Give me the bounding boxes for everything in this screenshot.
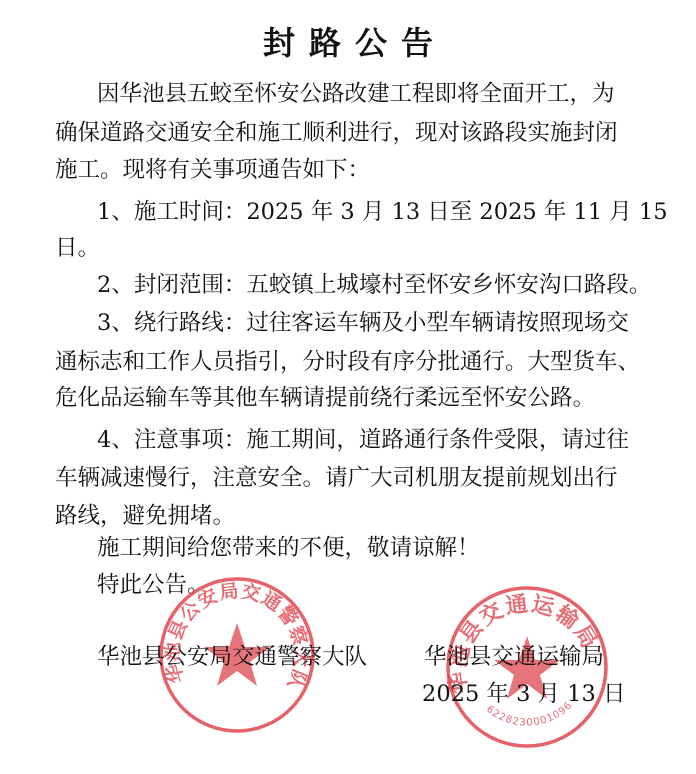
document-title: 封路公告 [0, 18, 696, 64]
paragraph-1-line-3: 施工。现将有关事项通告如下： [55, 155, 607, 185]
item-2-line-1: 2、封闭范围：五蛟镇上城壕村至怀安乡怀安沟口路段。 [97, 270, 607, 300]
item-1-line-1: 1、施工时间：2025 年 3 月 13 日至 2025 年 11 月 15 [97, 197, 607, 227]
item-1-line-2: 日。 [55, 233, 607, 263]
issuer-traffic-police: 华池县公安局交通警察大队 [97, 642, 367, 672]
item-3-line-1: 3、绕行路线：过往客运车辆及小型车辆请按照现场交 [97, 308, 607, 338]
item-4-line-3: 路线，避免拥堵。 [55, 501, 607, 531]
item-4-line-1: 4、注意事项：施工期间，道路通行条件受限，请过往 [97, 425, 607, 455]
issue-date: 2025 年 3 月 13 日 [422, 679, 625, 709]
paragraph-1-line-1: 因华池县五蛟至怀安公路改建工程即将全面开工，为 [97, 79, 607, 109]
item-4-line-2: 车辆减速慢行，注意安全。请广大司机朋友提前规划出行 [55, 463, 607, 493]
issuer-transport-bureau: 华池县交通运输局 [424, 642, 604, 672]
item-3-line-3: 危化品运输车等其他车辆请提前绕行柔远至怀安公路。 [55, 383, 607, 413]
closing-apology: 施工期间给您带来的不便，敬请谅解！ [97, 533, 607, 563]
item-3-line-2: 通标志和工作人员指引，分时段有序分批通行。大型货车、 [55, 347, 607, 377]
paragraph-1-line-2: 确保道路交通安全和施工顺利进行，现对该路段实施封闭 [55, 118, 607, 148]
